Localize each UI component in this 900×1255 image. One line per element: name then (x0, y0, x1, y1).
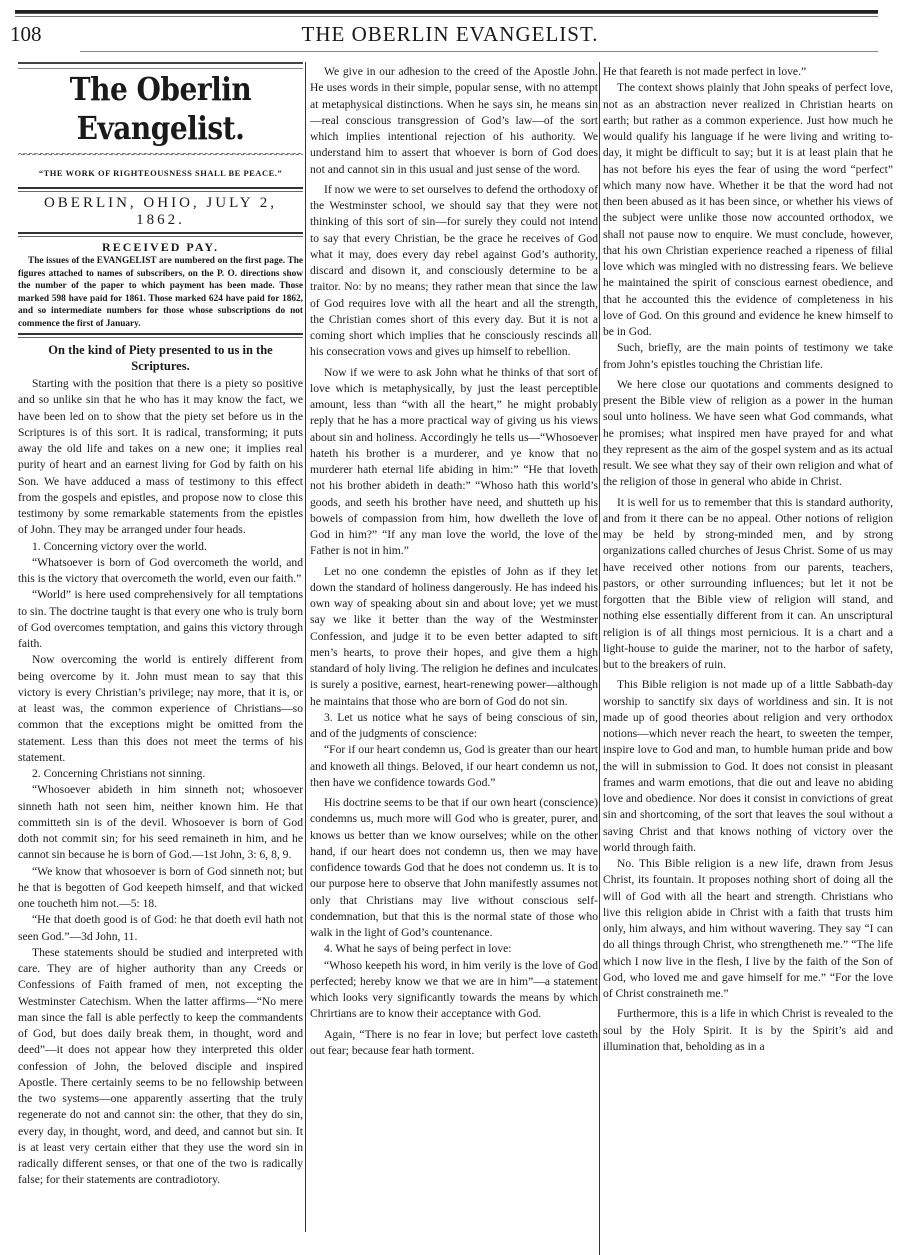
paragraph: This Bible religion is not made up of a … (603, 677, 893, 856)
top-rule-thin (15, 16, 878, 17)
column-3: He that feareth is not made perfect in l… (603, 64, 893, 1055)
paragraph: We here close our quotations and comment… (603, 377, 893, 491)
paragraph: Now if we were to ask John what he think… (310, 365, 598, 560)
scripture-quote: “For if our heart condemn us, God is gre… (310, 742, 598, 791)
article-rule (18, 333, 303, 338)
paragraph: These statements should be studied and i… (18, 945, 303, 1189)
column-1: The Oberlin Evangelist. ~~~~~~~~~~~~~~~~… (18, 62, 303, 1189)
paragraph: We give in our adhesion to the creed of … (310, 64, 598, 178)
paragraph: Starting with the position that there is… (18, 376, 303, 539)
scripture-quote: “Whatsoever is born of God overcometh th… (18, 555, 303, 588)
paragraph: Furthermore, this is a life in which Chr… (603, 1006, 893, 1055)
paragraph: “World” is here used comprehensively for… (18, 587, 303, 652)
paragraph: If now we were to set ourselves to defen… (310, 182, 598, 361)
scripture-quote: “We know that whosoever is born of God s… (18, 864, 303, 913)
paragraph-continued: He that feareth is not made perfect in l… (603, 64, 893, 80)
paragraph: His doctrine seems to be that if our own… (310, 795, 598, 941)
column-divider-2 (599, 62, 600, 1255)
article-title: On the kind of Piety presented to us in … (24, 342, 297, 374)
column-divider-1 (305, 62, 306, 1232)
section-heading: 4. What he says of being perfect in love… (310, 941, 598, 957)
dateline: OBERLIN, OHIO, JULY 2, 1862. (18, 195, 303, 228)
dateline-rule-bottom (18, 232, 303, 237)
section-heading: 1. Concerning victory over the world. (18, 539, 303, 555)
paragraph: It is well for us to remember that this … (603, 495, 893, 674)
paragraph: The context shows plainly that John spea… (603, 80, 893, 340)
scripture-quote: “Whoso keepeth his word, in him verily i… (310, 958, 598, 1023)
masthead-title: The Oberlin Evangelist. (18, 70, 303, 148)
paragraph: No. This Bible religion is a new life, d… (603, 856, 893, 1002)
scripture-quote: “He that doeth good is of God: he that d… (18, 912, 303, 945)
ornamental-rule: ~~~~~~~~~~~~~~~~~~~~~~~~~~~~~~~~~~~~~~~~… (18, 149, 303, 159)
dateline-rule-top (18, 187, 303, 192)
top-rule (15, 10, 878, 14)
paragraph: Let no one condemn the epistles of John … (310, 564, 598, 710)
scripture-quote: “Whosoever abideth in him sinneth not; w… (18, 782, 303, 863)
paragraph: Such, briefly, are the main points of te… (603, 340, 893, 373)
running-title: THE OBERLIN EVANGELIST. (0, 22, 900, 47)
masthead-rule (18, 62, 303, 69)
masthead-motto: “THE WORK OF RIGHTEOUSNESS SHALL BE PEAC… (18, 165, 303, 181)
header-rule (80, 51, 878, 52)
section-heading: 3. Let us notice what he says of being c… (310, 710, 598, 743)
notice-body: The issues of the EVANGELIST are numbere… (18, 255, 303, 330)
paragraph: Now overcoming the world is entirely dif… (18, 652, 303, 766)
notice-title: RECEIVED PAY. (18, 239, 303, 255)
paragraph: Again, “There is no fear in love; but pe… (310, 1027, 598, 1060)
column-2: We give in our adhesion to the creed of … (310, 64, 598, 1059)
section-heading: 2. Concerning Christians not sinning. (18, 766, 303, 782)
